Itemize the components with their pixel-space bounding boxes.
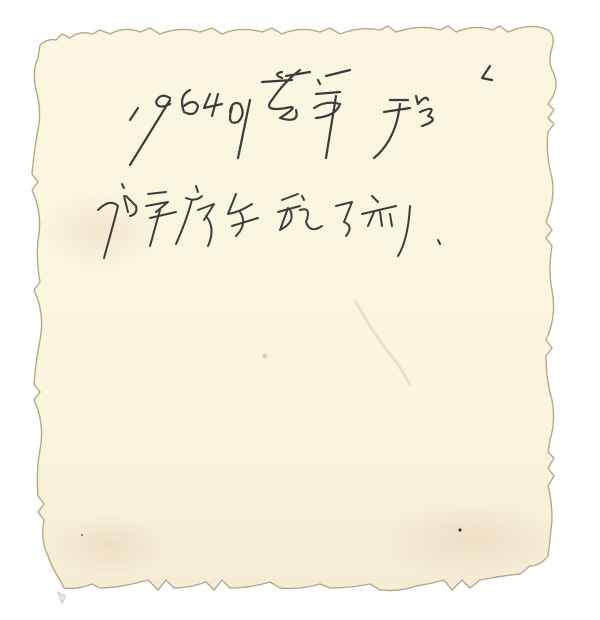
photo-back: 1964年春节于 中平房与张同志 (0, 0, 600, 620)
stain (40, 190, 160, 270)
photo-back-svg (0, 0, 600, 620)
stain (380, 500, 560, 580)
stain (50, 515, 170, 575)
